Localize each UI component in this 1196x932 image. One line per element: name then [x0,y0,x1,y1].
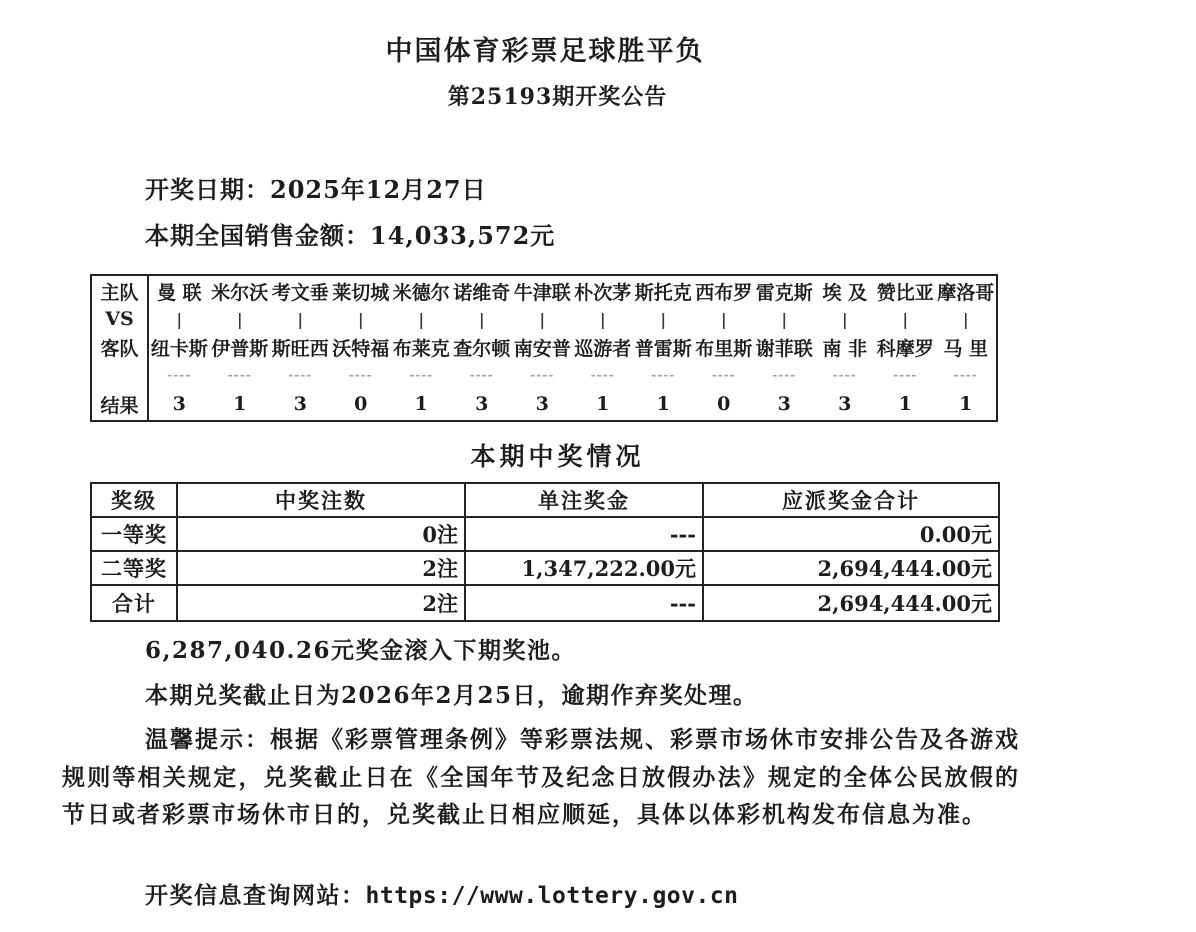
sales-amount-line: 本期全国销售金额：14,033,572元 [145,216,555,251]
away-row-header: 客队 [92,332,147,362]
prize-count-cell: 2注 [178,586,466,620]
prize-single-cell: 1,347,222.00元 [466,552,704,586]
match-result: 1 [875,388,936,420]
result-divider-dashes: ---- [754,362,815,388]
result-divider-dashes: ---- [452,362,513,388]
vs-separator: | [815,306,876,332]
sales-amount-label: 本期全国销售金额： [145,221,370,250]
match-home-team: 摩洛哥 [936,276,997,306]
website-label: 开奖信息查询网站： [145,882,366,909]
match-result: 3 [512,388,573,420]
match-result: 1 [573,388,634,420]
prize-total-cell: 2,694,444.00元 [704,552,998,586]
match-home-team: 赞比亚 [875,276,936,306]
result-divider-dashes: ---- [270,362,331,388]
match-away-team: 布里斯 [694,332,755,362]
result-divider-dashes: ---- [573,362,634,388]
prize-level-cell: 合计 [92,586,178,620]
match-result: 3 [815,388,876,420]
vs-separator: | [936,306,997,332]
match-away-team: 谢菲联 [754,332,815,362]
match-result: 3 [754,388,815,420]
draw-date-line: 开奖日期：2025年12月27日 [145,170,487,205]
match-home-team: 莱切城 [331,276,392,306]
match-home-team: 埃 及 [815,276,876,306]
page-title: 中国体育彩票足球胜平负 [0,29,1090,68]
prize-count-cell: 0注 [178,518,466,552]
match-away-team: 伊普斯 [210,332,271,362]
rollover-note: 6,287,040.26元奖金滚入下期奖池。 [145,632,576,665]
prize-total-cell: 2,694,444.00元 [704,586,998,620]
match-home-team: 西布罗 [694,276,755,306]
result-divider-dashes: ---- [633,362,694,388]
result-divider-dashes: ---- [331,362,392,388]
vs-separator: | [573,306,634,332]
match-result: 3 [452,388,513,420]
lottery-announcement-page: 中国体育彩票足球胜平负 第25193期开奖公告 开奖日期：2025年12月27日… [0,0,1196,932]
issue-subtitle: 第25193期开奖公告 [0,80,1115,111]
match-away-team: 查尔顿 [452,332,513,362]
home-row-header: 主队 [92,276,147,306]
vs-separator: | [391,306,452,332]
reminder-paragraph: 温馨提示：根据《彩票管理条例》等彩票法规、彩票市场休市安排公告及各游戏规则等相关… [62,721,1020,834]
vs-separator: | [512,306,573,332]
match-results-table: 主队 VS 客队 结果 曼 联米尔沃考文垂莱切城米德尔诺维奇牛津联朴次茅斯托克西… [90,274,998,422]
prize-table: 奖级 中奖注数 单注奖金 应派奖金合计 一等奖0注---0.00元二等奖2注1,… [90,482,1000,622]
match-home-team: 米尔沃 [210,276,271,306]
winning-section-heading: 本期中奖情况 [90,437,1025,473]
match-away-team: 科摩罗 [875,332,936,362]
match-away-team: 纽卡斯 [149,332,210,362]
result-divider-dashes: ---- [936,362,997,388]
match-result: 3 [149,388,210,420]
match-away-team: 南 非 [815,332,876,362]
match-away-team: 马 里 [936,332,997,362]
vs-separator: | [754,306,815,332]
prize-total-cell: 0.00元 [704,518,998,552]
prize-level-cell: 一等奖 [92,518,178,552]
result-divider-dashes: ---- [694,362,755,388]
result-divider-dashes: ---- [815,362,876,388]
match-away-team: 巡游者 [573,332,634,362]
vs-separator: | [875,306,936,332]
redeem-deadline-note: 本期兑奖截止日为2026年2月25日，逾期作弃奖处理。 [145,677,758,710]
draw-date-value: 2025年12月27日 [270,175,487,204]
match-home-team: 米德尔 [391,276,452,306]
match-result: 0 [694,388,755,420]
match-home-team: 雷克斯 [754,276,815,306]
prize-single-cell: --- [466,586,704,620]
result-divider-dashes: ---- [875,362,936,388]
vs-separator: | [270,306,331,332]
vs-row-header: VS [92,306,147,332]
prize-level-cell: 二等奖 [92,552,178,586]
draw-date-label: 开奖日期： [145,175,270,204]
prize-column-header-count: 中奖注数 [178,484,466,518]
prize-column-header-level: 奖级 [92,484,178,518]
sales-amount-value: 14,033,572元 [370,221,555,250]
match-away-team: 斯旺西 [270,332,331,362]
match-result: 1 [210,388,271,420]
match-away-team: 布莱克 [391,332,452,362]
vs-separator: | [149,306,210,332]
match-table-body: 曼 联米尔沃考文垂莱切城米德尔诺维奇牛津联朴次茅斯托克西布罗雷克斯埃 及赞比亚摩… [149,276,996,420]
vs-separator: | [331,306,392,332]
prize-column-header-single: 单注奖金 [466,484,704,518]
website-url: https://www.lottery.gov.cn [366,883,739,909]
prize-column-header-total: 应派奖金合计 [704,484,998,518]
match-away-team: 南安普 [512,332,573,362]
vs-separator: | [210,306,271,332]
result-divider-dashes: ---- [149,362,210,388]
match-home-team: 牛津联 [512,276,573,306]
match-away-team: 沃特福 [331,332,392,362]
match-home-team: 曼 联 [149,276,210,306]
match-result: 1 [391,388,452,420]
result-row-header: 结果 [92,388,147,420]
match-table-row-headers: 主队 VS 客队 结果 [92,276,149,420]
result-divider-dashes: ---- [210,362,271,388]
match-result: 0 [331,388,392,420]
result-divider-dashes: ---- [391,362,452,388]
match-result: 1 [936,388,997,420]
vs-separator: | [694,306,755,332]
match-result: 3 [270,388,331,420]
match-home-team: 朴次茅 [573,276,634,306]
prize-count-cell: 2注 [178,552,466,586]
match-home-team: 考文垂 [270,276,331,306]
prize-single-cell: --- [466,518,704,552]
vs-separator: | [633,306,694,332]
match-home-team: 诺维奇 [452,276,513,306]
result-divider-dashes: ---- [512,362,573,388]
match-away-team: 普雷斯 [633,332,694,362]
dash-row-spacer [92,362,147,388]
website-line: 开奖信息查询网站：https://www.lottery.gov.cn [145,877,739,910]
vs-separator: | [452,306,513,332]
match-result: 1 [633,388,694,420]
match-home-team: 斯托克 [633,276,694,306]
